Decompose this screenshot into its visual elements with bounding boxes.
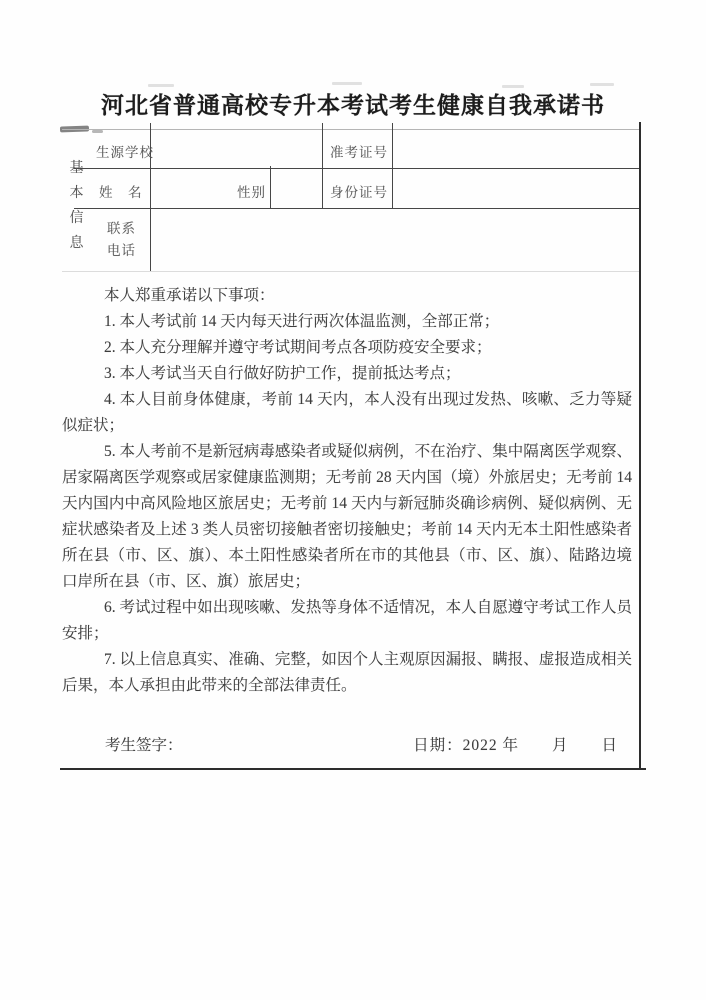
table-top-border [62,129,641,130]
commitment-item-2: 2. 本人充分理解并遵守考试期间考点各项防疫安全要求； [62,335,632,361]
commitment-intro: 本人郑重承诺以下事项： [62,283,632,309]
school-label: 生源学校 [96,141,154,161]
commitment-item-5: 5. 本人考前不是新冠病毒感染者或疑似病例，不在治疗、集中隔离医学观察、居家隔离… [62,439,632,595]
document-page: 河北省普通高校专升本考试考生健康自我承诺书 基本信息 生源学校 准考证号 姓 名… [0,0,706,1000]
table-col-divider [392,123,393,208]
form-title: 河北省普通高校专升本考试考生健康自我承诺书 [0,87,706,120]
phone-value-cell[interactable] [152,210,637,269]
table-row-divider [74,208,641,209]
table-bottom-border [60,768,646,770]
scan-speck [148,84,174,87]
id-label: 身份证号 [330,181,388,201]
name-value-cell[interactable] [152,170,237,206]
gender-label: 性别 [237,181,266,201]
commitment-item-4: 4. 本人目前身体健康，考前 14 天内，本人没有出现过发热、咳嗽、乏力等疑似症… [62,387,632,439]
school-value-cell[interactable] [152,131,320,167]
commitment-item-6: 6. 考试过程中如出现咳嗽、发热等身体不适情况，本人自愿遵守考试工作人员安排； [62,595,632,647]
commitment-item-3: 3. 本人考试当天自行做好防护工作，提前抵达考点； [62,361,632,387]
table-row-divider-faded [62,271,639,272]
scan-smudge [92,130,103,133]
phone-label: 联系电话 [107,218,137,262]
name-label: 姓 名 [99,181,143,201]
table-right-border [639,122,641,770]
gender-value-cell[interactable] [272,170,320,206]
table-col-divider [270,166,271,208]
commitment-item-7: 7. 以上信息真实、准确、完整，如因个人主观原因漏报、瞒报、虚报造成相关后果，本… [62,647,632,699]
date-label[interactable]: 日期：2022 年 月 日 [413,733,632,755]
commitment-section: 本人郑重承诺以下事项： 1. 本人考试前 14 天内每天进行两次体温监测，全部正… [62,283,632,699]
scan-speck [332,82,362,85]
candidate-signature-label[interactable]: 考生签字： [62,733,183,755]
scan-speck [502,85,524,88]
table-col-divider [322,123,323,208]
ticket-value-cell[interactable] [394,131,637,167]
signature-row: 考生签字： 日期：2022 年 月 日 [62,733,632,755]
ticket-label: 准考证号 [330,141,388,161]
id-value-cell[interactable] [394,170,637,206]
group-label-basic-info: 基本信息 [67,156,86,256]
table-row-divider [74,168,641,169]
commitment-item-1: 1. 本人考试前 14 天内每天进行两次体温监测，全部正常； [62,309,632,335]
scan-speck [590,83,614,86]
